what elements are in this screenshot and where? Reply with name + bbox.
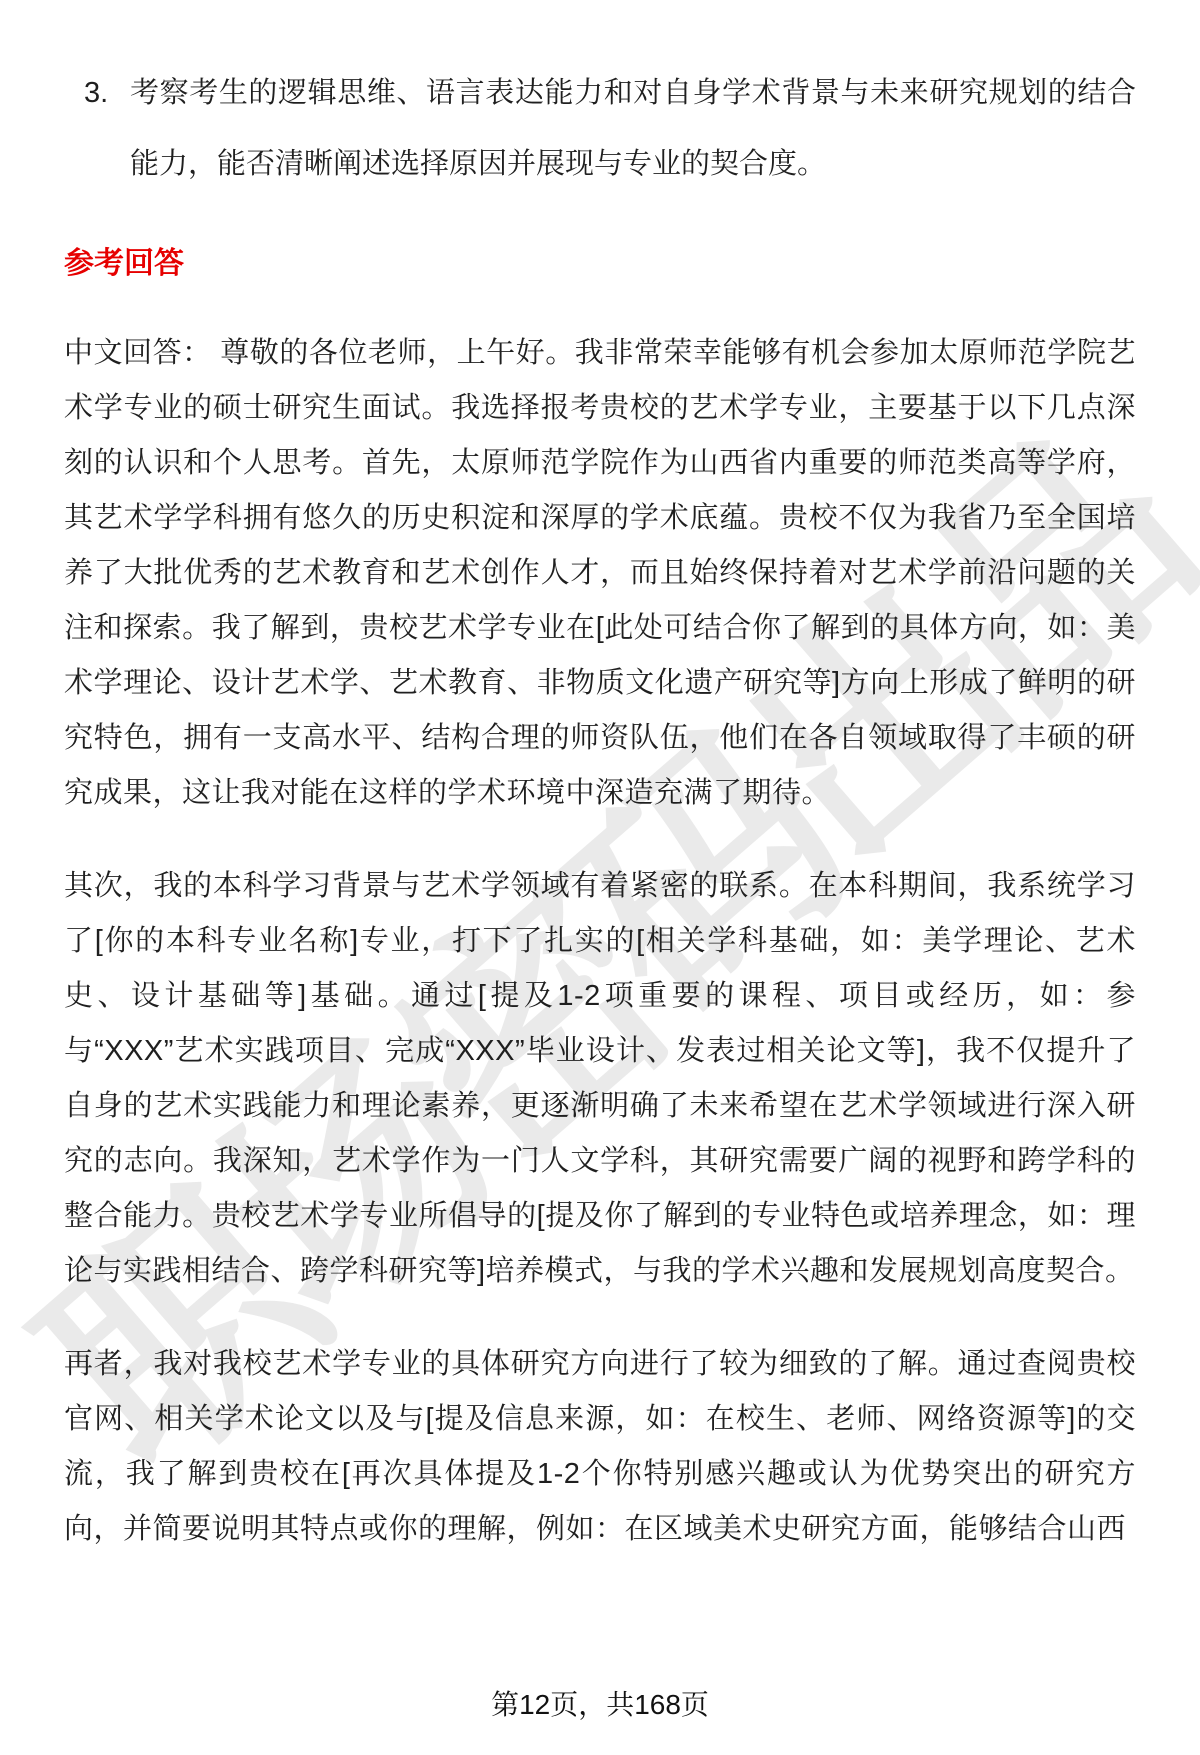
answer-paragraph-1: 中文回答： 尊敬的各位老师，上午好。我非常荣幸能够有机会参加太原师范学院艺术学专… bbox=[64, 326, 1136, 821]
document-page: 职场密码出品 3. 考察考生的逻辑思维、语言表达能力和对自身学术背景与未来研究规… bbox=[0, 0, 1200, 1755]
page-number-footer: 第12页，共168页 bbox=[0, 1683, 1200, 1723]
list-item-text: 考察考生的逻辑思维、语言表达能力和对自身学术背景与未来研究规划的结合能力，能否清… bbox=[130, 58, 1136, 200]
numbered-question-item: 3. 考察考生的逻辑思维、语言表达能力和对自身学术背景与未来研究规划的结合能力，… bbox=[64, 58, 1136, 200]
page-content: 3. 考察考生的逻辑思维、语言表达能力和对自身学术背景与未来研究规划的结合能力，… bbox=[0, 0, 1200, 1557]
answer-body: 中文回答： 尊敬的各位老师，上午好。我非常荣幸能够有机会参加太原师范学院艺术学专… bbox=[64, 326, 1136, 1557]
reference-answer-heading: 参考回答 bbox=[64, 238, 1136, 282]
answer-paragraph-2: 其次，我的本科学习背景与艺术学领域有着紧密的联系。在本科期间，我系统学习了[你的… bbox=[64, 859, 1136, 1299]
answer-paragraph-3: 再者，我对我校艺术学专业的具体研究方向进行了较为细致的了解。通过查阅贵校官网、相… bbox=[64, 1337, 1136, 1557]
list-item-number: 3. bbox=[64, 58, 130, 129]
